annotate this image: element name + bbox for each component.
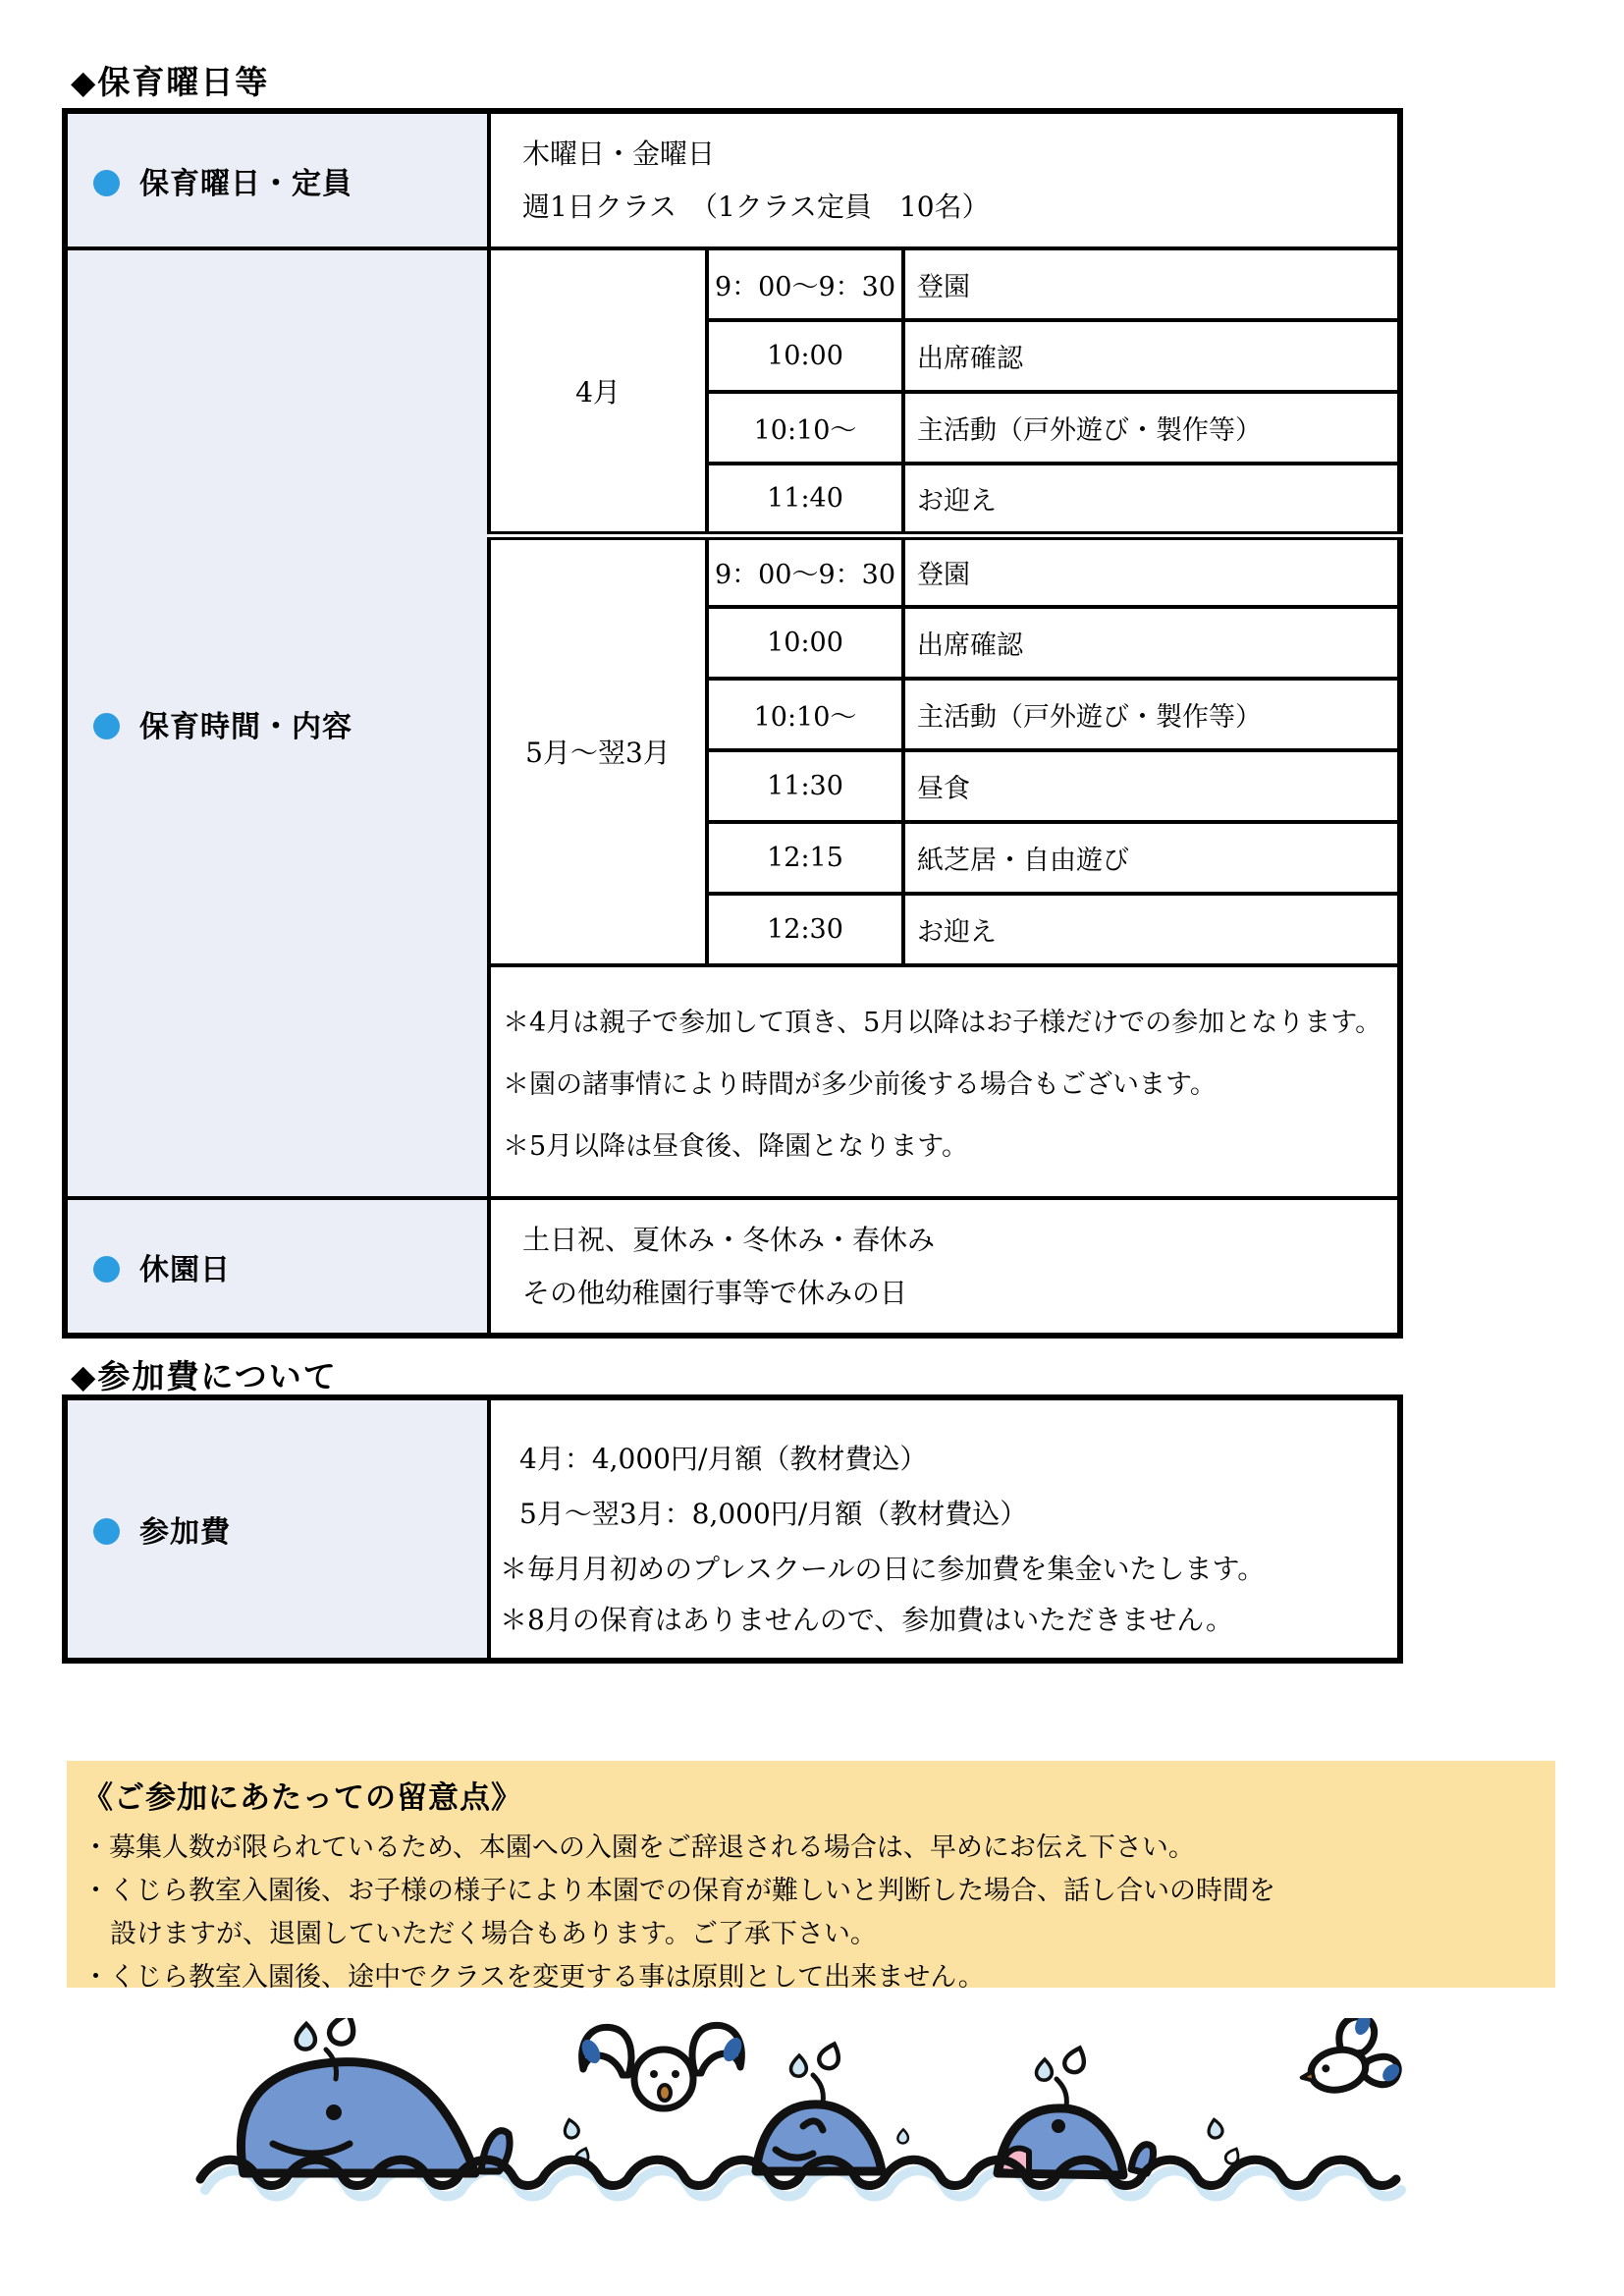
care-days-line2: 週1日クラス （1クラス定員 10名） <box>522 181 1396 234</box>
schedule-time: 10:10～ <box>707 679 903 750</box>
schedule-note: ＊園の諸事情により時間が多少前後する場合もございます。 <box>503 1063 1389 1101</box>
label-text: 休園日 <box>139 1253 231 1287</box>
label-text: 保育曜日・定員 <box>139 167 352 201</box>
schedule-time: 10:00 <box>707 607 903 679</box>
table-row: 保育曜日・定員 木曜日・金曜日 週1日クラス （1クラス定員 10名） <box>65 111 1400 248</box>
label-care-time-content: 保育時間・内容 <box>65 248 489 1198</box>
label-text: 保育時間・内容 <box>139 710 352 744</box>
notice-title: 《ご参加にあたっての留意点》 <box>82 1773 1538 1817</box>
big-whale-icon <box>241 2018 510 2173</box>
schedule-activity: お迎え <box>903 894 1400 965</box>
schedule-activity: 登園 <box>903 248 1400 320</box>
closed-days-line1: 土日祝、夏休み・冬休み・春休み <box>522 1214 1396 1267</box>
closed-days-line2: その他幼稚園行事等で休みの日 <box>522 1267 1396 1320</box>
schedule-time: 11:30 <box>707 750 903 822</box>
fee-note-august: ＊8月の保育はありませんので、参加費はいただきません。 <box>492 1601 1396 1640</box>
table-row: 参加費 4月：4,000円/月額（教材費込） 5月～翌3月：8,000円/月額（… <box>65 1397 1400 1661</box>
schedule-time: 11:40 <box>707 464 903 535</box>
schedule-activity: 主活動（戸外遊び・製作等） <box>903 392 1400 464</box>
schedule-time: 10:00 <box>707 320 903 392</box>
section-title-care-days: ◆保育曜日等 <box>71 57 269 103</box>
fee-content: 4月：4,000円/月額（教材費込） 5月～翌3月：8,000円/月額（教材費込… <box>489 1397 1400 1661</box>
bullet-icon <box>93 1256 120 1283</box>
period-april: 4月 <box>489 248 707 535</box>
schedule-time: 12:30 <box>707 894 903 965</box>
schedule-activity: 出席確認 <box>903 607 1400 679</box>
period-may-march: 5月～翌3月 <box>489 535 707 965</box>
schedule-time: 10:10～ <box>707 392 903 464</box>
seagull-icon <box>578 2025 745 2108</box>
notice-line: ・募集人数が限られているため、本園への入園をご辞退される場合は、早めにお伝え下さ… <box>82 1827 1538 1870</box>
notice-line: ・くじら教室入園後、お子様の様子により本園での保育が難しいと判断した場合、話し合… <box>82 1870 1538 1913</box>
schedule-time: 9：00～9：30 <box>707 535 903 607</box>
label-care-days-capacity: 保育曜日・定員 <box>65 111 489 248</box>
bullet-icon <box>93 170 120 196</box>
fee-may-march: 5月～翌3月：8,000円/月額（教材費込） <box>492 1495 1396 1534</box>
bullet-icon <box>93 713 120 739</box>
schedule-activity: お迎え <box>903 464 1400 535</box>
schedule-activity: 昼食 <box>903 750 1400 822</box>
document-page: { "colors": { "accent-blue": "#2d9de2", … <box>0 0 1624 2296</box>
closed-days-content: 土日祝、夏休み・冬休み・春休み その他幼稚園行事等で休みの日 <box>489 1198 1400 1336</box>
fee-note-collection: ＊毎月月初めのプレスクールの日に参加費を集金いたします。 <box>492 1550 1396 1589</box>
medium-whale-icon <box>756 2041 908 2171</box>
bullet-icon <box>93 1518 120 1545</box>
fee-table: 参加費 4月：4,000円/月額（教材費込） 5月～翌3月：8,000円/月額（… <box>62 1394 1403 1664</box>
label-text: 参加費 <box>139 1515 231 1550</box>
care-days-table: 保育曜日・定員 木曜日・金曜日 週1日クラス （1クラス定員 10名） 保育時間… <box>62 108 1403 1339</box>
notice-line-continuation: 設けますが、退園していただく場合もあります。ご了承下さい。 <box>82 1913 1538 1956</box>
schedule-time: 12:15 <box>707 822 903 894</box>
care-days-line1: 木曜日・金曜日 <box>522 128 1396 181</box>
small-whale-icon <box>998 2045 1154 2175</box>
schedule-time: 9：00～9：30 <box>707 248 903 320</box>
label-closed-days: 休園日 <box>65 1198 489 1336</box>
table-row: 保育時間・内容 4月 9：00～9：30 登園 <box>65 248 1400 320</box>
table-row: 休園日 土日祝、夏休み・冬休み・春休み その他幼稚園行事等で休みの日 <box>65 1198 1400 1336</box>
schedule-note: ＊4月は親子で参加して頂き、5月以降はお子様だけでの参加となります。 <box>503 1001 1389 1039</box>
participation-notice-box: 《ご参加にあたっての留意点》 ・募集人数が限られているため、本園への入園をご辞退… <box>67 1761 1555 1988</box>
notice-line: ・くじら教室入園後、途中でクラスを変更する事は原則として出来ません。 <box>82 1956 1538 1999</box>
fee-april: 4月：4,000円/月額（教材費込） <box>492 1440 1396 1479</box>
seagull-icon <box>1291 2018 1405 2103</box>
care-days-content: 木曜日・金曜日 週1日クラス （1クラス定員 10名） <box>489 111 1400 248</box>
schedule-activity: 主活動（戸外遊び・製作等） <box>903 679 1400 750</box>
schedule-activity: 登園 <box>903 535 1400 607</box>
label-fee: 参加費 <box>65 1397 489 1661</box>
schedule-activity: 紙芝居・自由遊び <box>903 822 1400 894</box>
schedule-activity: 出席確認 <box>903 320 1400 392</box>
schedule-note: ＊5月以降は昼食後、降園となります。 <box>503 1124 1389 1163</box>
section-title-fee: ◆参加費について <box>71 1351 338 1397</box>
schedule-notes: ＊4月は親子で参加して頂き、5月以降はお子様だけでの参加となります。 ＊園の諸事… <box>489 965 1400 1198</box>
whale-illustration <box>187 2018 1434 2293</box>
